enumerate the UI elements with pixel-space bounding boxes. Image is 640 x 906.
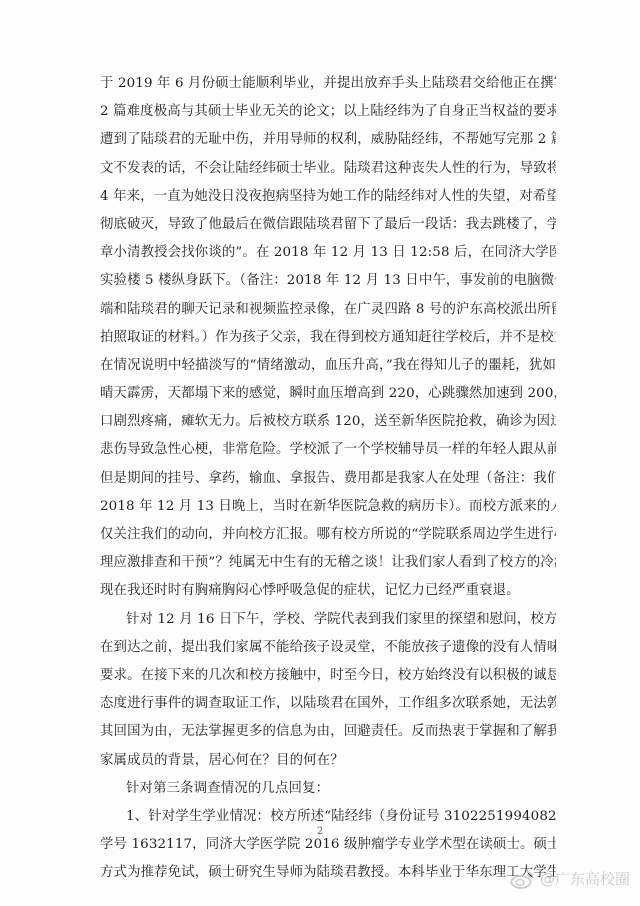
text-line: 要求。在接下来的几次和校方接触中，时至今日，校方始终没有以积极的诚恳的 xyxy=(100,662,556,690)
text-line: 针对 12 月 16 日下午，学校、学院代表到我们家里的探望和慰问，校方竟然 xyxy=(100,606,556,634)
text-line: 方式为推荐免试，硕士研究生导师为陆琰君教授。本科毕业于华东理工大学生物 xyxy=(100,859,556,887)
text-line: 拍照取证的材料。）作为孩子父亲，我在得到校方通知赶往学校后，并不是校方 xyxy=(100,324,556,352)
text-line: 在到达之前，提出我们家属不能给孩子设灵堂，不能放孩子遗像的没有人情味的 xyxy=(100,634,556,662)
text-line: 仅关注我们的动向，并向校方汇报。哪有校方所说的“学院联系周边学生进行心 xyxy=(100,521,556,549)
text-line: 彻底破灭，导致了他最后在微信跟陆琰君留下了最后一段话：我去跳楼了，学院 xyxy=(100,211,556,239)
text-line: 口剧烈疼痛，瘫软无力。后被校方联系 120，送至新华医院抢救，确诊为因过度 xyxy=(100,408,556,436)
text-line: 其回国为由，无法掌握更多的信息为由，回避责任。反而热衷于掌握和了解我们 xyxy=(100,718,556,746)
text-line: 实验楼 5 楼纵身跃下。（备注：2018 年 12 月 13 日中午，事发前的电… xyxy=(100,267,556,295)
text-line: 悲伤导致急性心梗，非常危险。学校派了一个学校辅导员一样的年轻人跟从前往， xyxy=(100,436,556,464)
text-line: 态度进行事件的调查取证工作，以陆琰君在国外，工作组多次联系她，无法敦促 xyxy=(100,690,556,718)
text-line: 家属成员的背景，居心何在？目的何在？ xyxy=(100,747,556,775)
text-line: 理应激排查和干预”？纯属无中生有的无稽之谈！让我们家人看到了校方的冷漠。 xyxy=(100,549,556,577)
text-line: 章小清教授会找你谈的”。在 2018 年 12 月 13 日 12:58 后，在… xyxy=(100,239,556,267)
document-page: 于 2019 年 6 月份硕士能顺利毕业，并提出放弃手头上陆琰君交给他正在撰写的… xyxy=(0,0,640,906)
page-number: 2 xyxy=(0,826,640,837)
text-line: 遭到了陆琰君的无耻中伤，并用导师的权利，威胁陆经纬，不帮她写完那 2 篇论 xyxy=(100,126,556,154)
text-line: 端和陆琰君的聊天记录和视频监控录像，在广灵四路 8 号的沪东高校派出所留有 xyxy=(100,296,556,324)
text-line: 现在我还时时有胸痛胸闷心悸呼吸急促的症状，记忆力已经严重衰退。 xyxy=(100,577,556,605)
document-body: 于 2019 年 6 月份硕士能顺利毕业，并提出放弃手头上陆琰君交给他正在撰写的… xyxy=(100,70,556,887)
text-line: 4 年来，一直为她没日没夜抱病坚持为她工作的陆经纬对人性的失望，对希望的 xyxy=(100,183,556,211)
text-line: 于 2019 年 6 月份硕士能顺利毕业，并提出放弃手头上陆琰君交给他正在撰写的 xyxy=(100,70,556,98)
text-line: 2 篇难度极高与其硕士毕业无关的论文；以上陆经纬为了自身正当权益的要求， xyxy=(100,98,556,126)
text-line: 晴天霹雳，天都塌下来的感觉，瞬时血压增高到 220，心跳骤然加速到 200，胸 xyxy=(100,380,556,408)
text-line: 针对第三条调查情况的几点回复： xyxy=(100,775,556,803)
text-line: 但是期间的挂号、拿药，输血、拿报告、费用都是我家人在处理（备注：我们有 xyxy=(100,465,556,493)
watermark-text: @广东高校圈 xyxy=(540,868,630,889)
watermark: @广东高校圈 xyxy=(510,868,630,889)
text-line: 2018 年 12 月 13 日晚上，当时在新华医院急救的病历卡）。而校方派来的… xyxy=(100,493,556,521)
text-line: 在情况说明中轻描淡写的“情绪激动，血压升高，”我在得知儿子的噩耗，犹如 xyxy=(100,352,556,380)
weibo-icon xyxy=(510,869,536,889)
text-line: 文不发表的话，不会让陆经纬硕士毕业。陆琰君这种丧失人性的行为，导致将近 xyxy=(100,155,556,183)
